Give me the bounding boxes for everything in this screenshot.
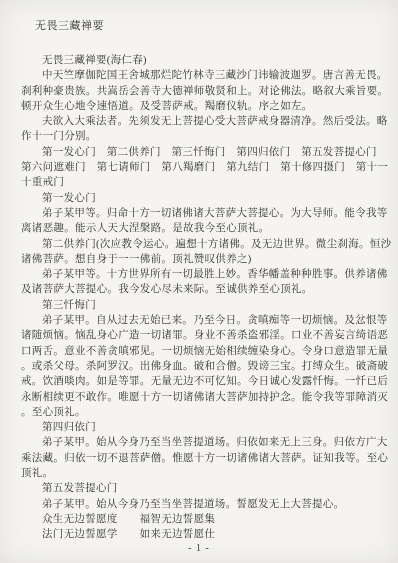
text-line: 刹利种豪贵族。共嵩岳会善寺大德禅师敬贤和上。对论佛法。略叙大乘旨要。 xyxy=(21,84,396,99)
text-line: 。或杀父母。杀阿罗汉。出佛身血。破和合僧。毁谤三宝。打缚众生。破斋破 xyxy=(21,359,396,374)
text-line: 第一发心门 xyxy=(21,191,396,206)
text-line: 顿开众生心地令速悟道。及受菩萨戒。羯磨仪轨。序之如左。 xyxy=(21,99,396,114)
text-line: 中天竺摩伽陀国王舍城那烂陀竹林寺三藏沙门讳输波迦罗。唐言善无畏。 xyxy=(21,68,396,83)
text-line: 诸佛菩萨。想自身于一一佛前。顶礼赞叹供养之) xyxy=(21,252,396,267)
text-line: 。至心顶礼。 xyxy=(21,405,396,420)
text-line: 第三忏悔门 xyxy=(21,298,396,313)
text-body: 无畏三藏禅要(海仁春)中天竺摩伽陀国王舍城那烂陀竹林寺三藏沙门讳输波迦罗。唐言善… xyxy=(21,53,396,543)
running-head: 无畏三藏禅要 xyxy=(35,19,104,33)
vow-right-text: 福智无边誓愿集 xyxy=(140,512,216,527)
text-line: 弟子某甲等。十方世界所有一切最胜上妙。香华幡盖种种胜事。供养诸佛 xyxy=(21,267,396,282)
text-line: 夫欲入大乘法者。先须发无上菩提心受大菩萨戒身器清净。然后受法。略 xyxy=(21,114,396,129)
text-line: 弟子某甲。自从过去无始已来。乃至今日。贪嗔痴等一切烦恼。及忿恨等 xyxy=(21,313,396,328)
text-line: 弟子某甲。始从今身乃至当坐菩提道场。归依如来无上三身。归依方广大 xyxy=(21,435,396,450)
text-line: 及诸菩萨大菩提心。我今发心尽未来际。至诚供养至心顶礼。 xyxy=(21,282,396,297)
page-number: - 1 - xyxy=(0,543,398,554)
text-line: 弟子某甲。始从今身乃至当坐菩提道场。誓愿发无上大菩提心。 xyxy=(21,497,396,512)
text-line: 口两舌。意业不善贪嗔邪见。一切烦恼无始相续缠染身心。令身口意造罪无量 xyxy=(21,344,396,359)
text-line: 顶礼。 xyxy=(21,466,396,481)
text-line: 离诸恶趣。能示人天大涅槃路。是故我今至心顶礼。 xyxy=(21,221,396,236)
text-line: 无畏三藏禅要(海仁春) xyxy=(21,53,396,68)
text-line: 第四归依门 xyxy=(21,420,396,435)
vow-line: 众生无边誓愿度福智无边誓愿集 xyxy=(21,512,396,527)
vow-left-text: 法门无边誓愿学 xyxy=(42,527,118,542)
vow-left-text: 众生无边誓愿度 xyxy=(42,512,118,527)
text-line: 第一发心门 第二供养门 第三忏悔门 第四归依门 第五发菩提心门 xyxy=(21,145,396,160)
document-page: 无畏三藏禅要 无畏三藏禅要(海仁春)中天竺摩伽陀国王舍城那烂陀竹林寺三藏沙门讳输… xyxy=(0,0,398,563)
text-line: 作十一门分别。 xyxy=(21,129,396,144)
vow-line: 法门无边誓愿学如来无边誓愿仕 xyxy=(21,527,396,542)
text-line: 弟子某甲等。归命十方一切诸佛诸大菩萨大菩提心。为大导师。能令我等 xyxy=(21,206,396,221)
vow-right-text: 如来无边誓愿仕 xyxy=(140,527,216,542)
text-line: 诸随烦恼。恼乱身心广造一切诸罪。身业不善杀盗邪淫。口业不善妄言绮语恶 xyxy=(21,328,396,343)
text-line: 乘法藏。归依一切不退菩萨僧。惟愿十方一切诸佛诸大菩萨。证知我等。至心 xyxy=(21,451,396,466)
text-line: 十重戒门 xyxy=(21,175,396,190)
text-line: 戒。饮酒啖肉。如是等罪。无量无边不可忆知。今日诚心发露忏悔。一忏已后 xyxy=(21,374,396,389)
text-line: 第五发菩提心门 xyxy=(21,481,396,496)
text-line: 第六问遮难门 第七请师门 第八羯磨门 第九结门 第十修四摄门 第十一 xyxy=(21,160,396,175)
text-line: 永断相续更不敢作。唯愿十方一切诸佛诸大菩萨加持护念。能令我等罪障消灭 xyxy=(21,390,396,405)
text-line: 第二供养门(次应教令运心。遍想十方诸佛。及无边世界。微尘刹海。恒沙 xyxy=(21,237,396,252)
